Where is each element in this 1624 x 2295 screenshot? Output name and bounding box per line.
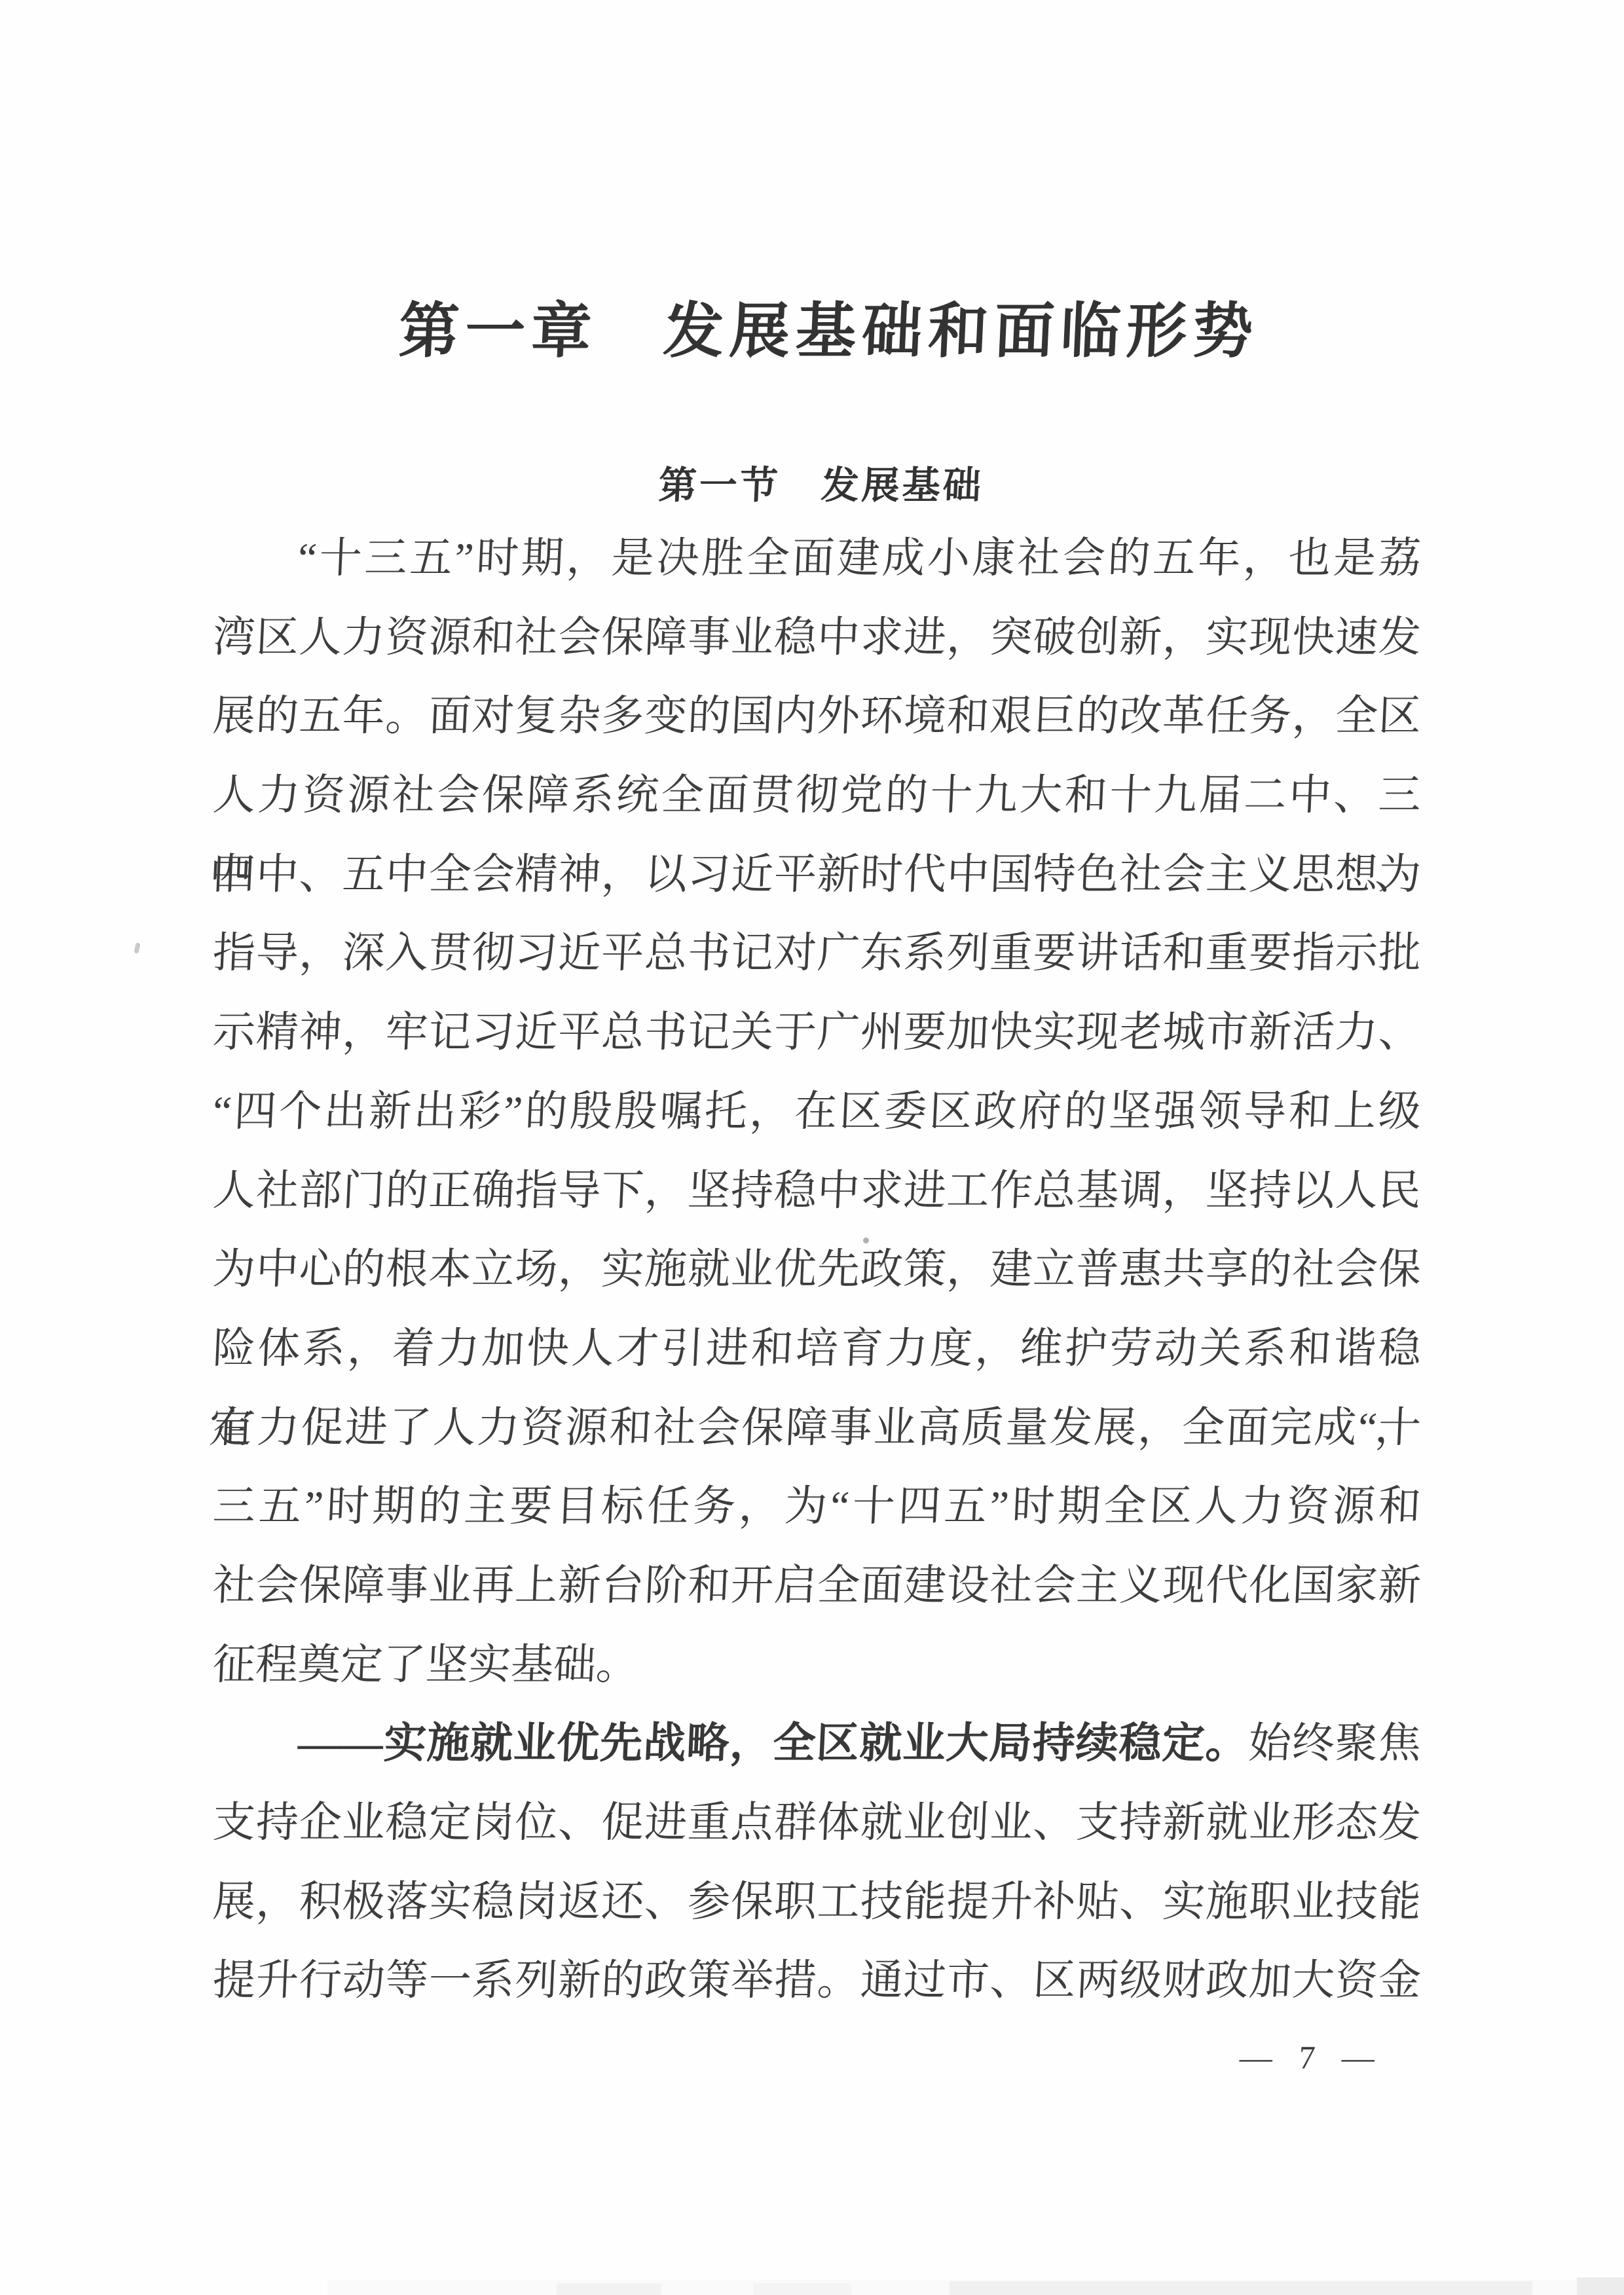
body-line: 示精神，牢记习近平总书记关于广州要加快实现老城市新活力、 <box>211 993 1422 1073</box>
body-line: 人社部门的正确指导下，坚持稳中求进工作总基调，坚持以人民 <box>211 1152 1422 1231</box>
chapter-title: 第一章 发展基础和面临形势 <box>15 283 1624 369</box>
body-line: 为中心的根本立场，实施就业优先政策，建立普惠共享的社会保 <box>211 1230 1422 1310</box>
body-line: “四个出新出彩”的殷殷嘱托，在区委区政府的坚强领导和上级 <box>211 1073 1422 1152</box>
body-line: 三五”时期的主要目标任务，为“十四五”时期全区人力资源和 <box>211 1467 1422 1547</box>
body-line: 支持企业稳定岗位、促进重点群体就业创业、支持新就业形态发 <box>211 1784 1422 1863</box>
body-line-rest: 始终聚焦 <box>1247 1720 1422 1767</box>
scan-smudge <box>1577 2277 1624 2295</box>
scan-speck <box>134 942 140 953</box>
body-line: 展，积极落实稳岗返还、参保职工技能提升补贴、实施职业技能 <box>211 1863 1422 1942</box>
body-line: 险体系，着力加快人才引进和培育力度，维护劳动关系和谐稳定， <box>211 1310 1422 1389</box>
body-line: 指导，深入贯彻习近平总书记对广东系列重要讲话和重要指示批 <box>211 914 1422 993</box>
body-text: “十三五”时期，是决胜全面建成小康社会的五年，也是荔 湾区人力资源和社会保障事业… <box>213 519 1421 2021</box>
body-line: ——实施就业优先战略，全区就业大局持续稳定。始终聚焦 <box>211 1704 1422 1784</box>
body-line: 征程奠定了坚实基础。 <box>211 1626 1422 1705</box>
scan-smudge <box>950 2281 1532 2295</box>
scan-smudge <box>557 2283 661 2295</box>
page-number: — 7 — <box>1209 2034 1414 2081</box>
body-line: 展的五年。面对复杂多变的国内外环境和艰巨的改革任务，全区 <box>211 677 1422 756</box>
body-line: 有力促进了人力资源和社会保障事业高质量发展，全面完成“十 <box>211 1389 1422 1468</box>
document-page: 第一章 发展基础和面临形势 第一节 发展基础 “十三五”时期，是决胜全面建成小康… <box>0 0 1624 2295</box>
scan-smudge <box>753 2283 851 2295</box>
body-line: “十三五”时期，是决胜全面建成小康社会的五年，也是荔 <box>211 519 1422 598</box>
body-line: 湾区人力资源和社会保障事业稳中求进，突破创新，实现快速发 <box>211 598 1422 678</box>
section-title: 第一节 发展基础 <box>8 454 1624 509</box>
body-line: 提升行动等一系列新的政策举措。通过市、区两级财政加大资金 <box>211 1941 1422 2021</box>
body-line: 四中、五中全会精神，以习近平新时代中国特色社会主义思想为 <box>211 835 1422 915</box>
emphasis-lead: ——实施就业优先战略，全区就业大局持续稳定。 <box>297 1720 1249 1767</box>
scan-speck <box>863 1238 869 1243</box>
body-line: 社会保障事业再上新台阶和开启全面建设社会主义现代化国家新 <box>211 1547 1422 1626</box>
body-line: 人力资源社会保障系统全面贯彻党的十九大和十九届二中、三中、 <box>211 756 1422 835</box>
